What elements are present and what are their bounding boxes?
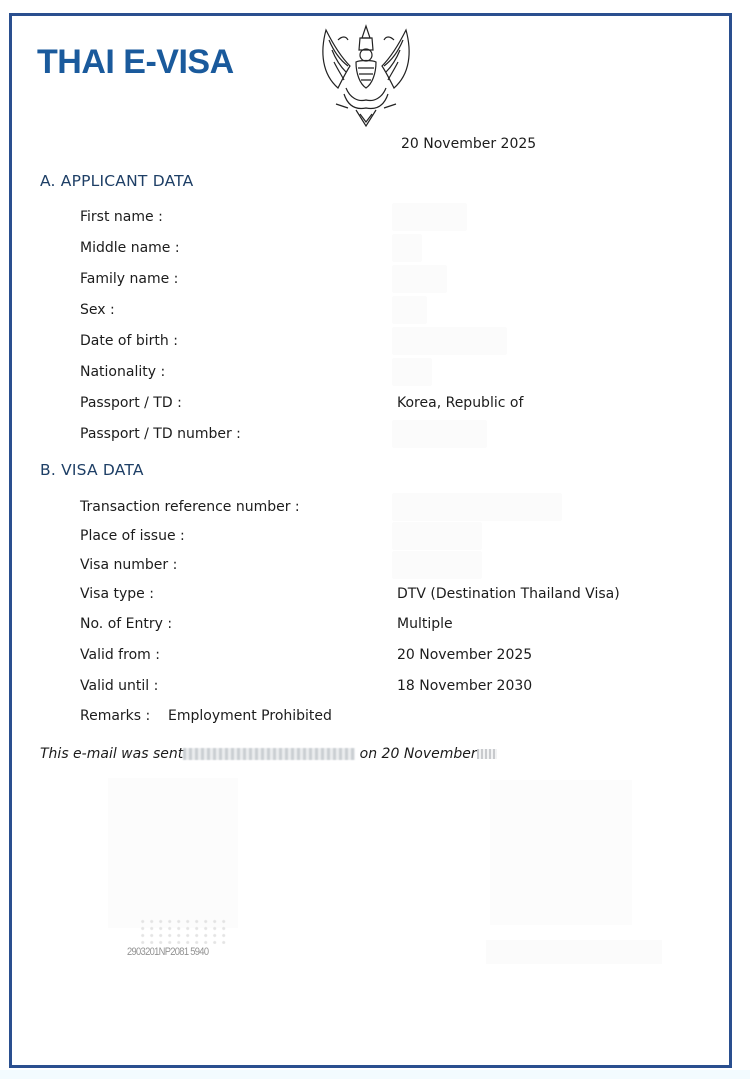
field-row-visa-type: Visa type : DTV (Destination Thailand Vi…: [80, 586, 680, 606]
field-value: DTV (Destination Thailand Visa): [397, 586, 620, 602]
barcode-number: 2903201NP2081 5940: [127, 946, 208, 958]
field-label: Visa number :: [80, 557, 177, 573]
field-label: Valid until :: [80, 678, 158, 694]
field-row-sex: Sex :: [80, 302, 680, 322]
field-label: Passport / TD :: [80, 395, 182, 411]
field-row-place-of-issue: Place of issue :: [80, 528, 680, 548]
bottom-strip: [0, 1070, 750, 1079]
field-row-date-of-birth: Date of birth :: [80, 333, 680, 353]
redacted-year: [477, 749, 497, 759]
document-title: THAI E-VISA: [37, 43, 234, 82]
redacted-value: [392, 493, 562, 521]
field-row-visa-number: Visa number :: [80, 557, 680, 577]
field-row-passport-number: Passport / TD number :: [80, 426, 680, 446]
field-label: Transaction reference number :: [80, 499, 300, 515]
redacted-value: [392, 327, 507, 355]
field-row-nationality: Nationality :: [80, 364, 680, 384]
field-row-transaction-reference: Transaction reference number :: [80, 499, 680, 519]
field-label: Middle name :: [80, 240, 180, 256]
field-row-valid-from: Valid from : 20 November 2025: [80, 647, 680, 667]
field-value: 18 November 2030: [397, 678, 532, 694]
field-label: Valid from :: [80, 647, 160, 663]
garuda-emblem-icon: [316, 22, 416, 130]
redacted-value: [392, 358, 432, 386]
redacted-value: [392, 551, 482, 579]
redacted-value: [392, 203, 467, 231]
field-label: Sex :: [80, 302, 115, 318]
field-value: Multiple: [397, 616, 453, 632]
redacted-value: [392, 265, 447, 293]
redacted-value: [392, 420, 487, 448]
field-label: Date of birth :: [80, 333, 178, 349]
field-label: First name :: [80, 209, 163, 225]
section-heading-applicant: A. APPLICANT DATA: [40, 172, 193, 190]
field-row-passport-td: Passport / TD : Korea, Republic of: [80, 395, 680, 415]
field-row-valid-until: Valid until : 18 November 2030: [80, 678, 680, 698]
field-label: Visa type :: [80, 586, 154, 602]
field-row-remarks: Remarks : Employment Prohibited: [80, 708, 680, 728]
field-label: Nationality :: [80, 364, 165, 380]
redacted-email: [183, 748, 355, 760]
field-label: No. of Entry :: [80, 616, 172, 632]
field-value: 20 November 2025: [397, 647, 532, 663]
field-label: Family name :: [80, 271, 178, 287]
field-label: Passport / TD number :: [80, 426, 241, 442]
remarks-label: Remarks :: [80, 708, 150, 724]
email-prefix: This e-mail was sent: [40, 746, 183, 762]
field-row-middle-name: Middle name :: [80, 240, 680, 260]
redacted-value: [392, 234, 422, 262]
redacted-value: [392, 296, 427, 324]
field-row-number-of-entry: No. of Entry : Multiple: [80, 616, 680, 636]
redacted-stamp-caption: [486, 940, 662, 964]
section-heading-visa: B. VISA DATA: [40, 461, 144, 479]
email-sent-notice: This e-mail was sent on 20 November: [40, 746, 497, 762]
redacted-qr-code: [108, 778, 238, 928]
field-value: Korea, Republic of: [397, 395, 523, 411]
field-row-first-name: First name :: [80, 209, 680, 229]
issue-date: 20 November 2025: [401, 136, 536, 152]
email-suffix: on 20 November: [360, 746, 477, 762]
barcode-residue: [140, 918, 230, 944]
redacted-value: [392, 522, 482, 550]
field-label: Place of issue :: [80, 528, 185, 544]
remarks-value: Employment Prohibited: [168, 708, 332, 724]
redacted-stamp: [490, 780, 632, 925]
field-row-family-name: Family name :: [80, 271, 680, 291]
